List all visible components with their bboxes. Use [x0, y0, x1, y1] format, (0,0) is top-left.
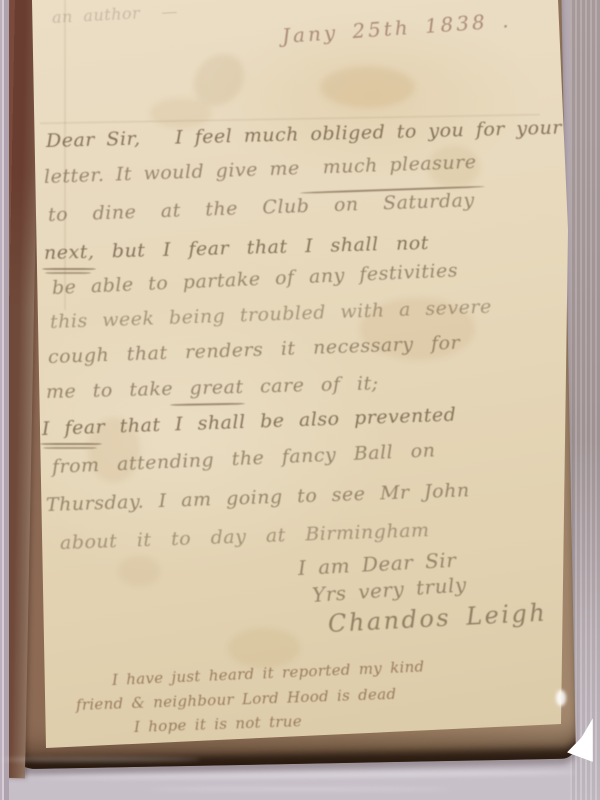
ink-underline	[45, 272, 91, 274]
paper-stain	[118, 556, 160, 586]
plastic-wrinkle	[0, 757, 200, 762]
ink-underline	[43, 447, 97, 449]
paper-stain	[320, 66, 415, 108]
plastic-wrinkle	[150, 787, 450, 791]
letter-paper: an author — Jany 25th 1838 . Dear Sir, I…	[0, 0, 600, 800]
ink-underline	[40, 443, 102, 445]
plastic-glare	[556, 690, 566, 706]
plastic-sleeve-right-edge	[570, 0, 600, 800]
letter-photo-scene: an author — Jany 25th 1838 . Dear Sir, I…	[0, 0, 600, 800]
ink-underline	[42, 268, 96, 270]
paper-crease	[64, 0, 66, 310]
paper-stain	[228, 628, 300, 668]
plastic-sleeve-left-edge	[0, 0, 9, 800]
